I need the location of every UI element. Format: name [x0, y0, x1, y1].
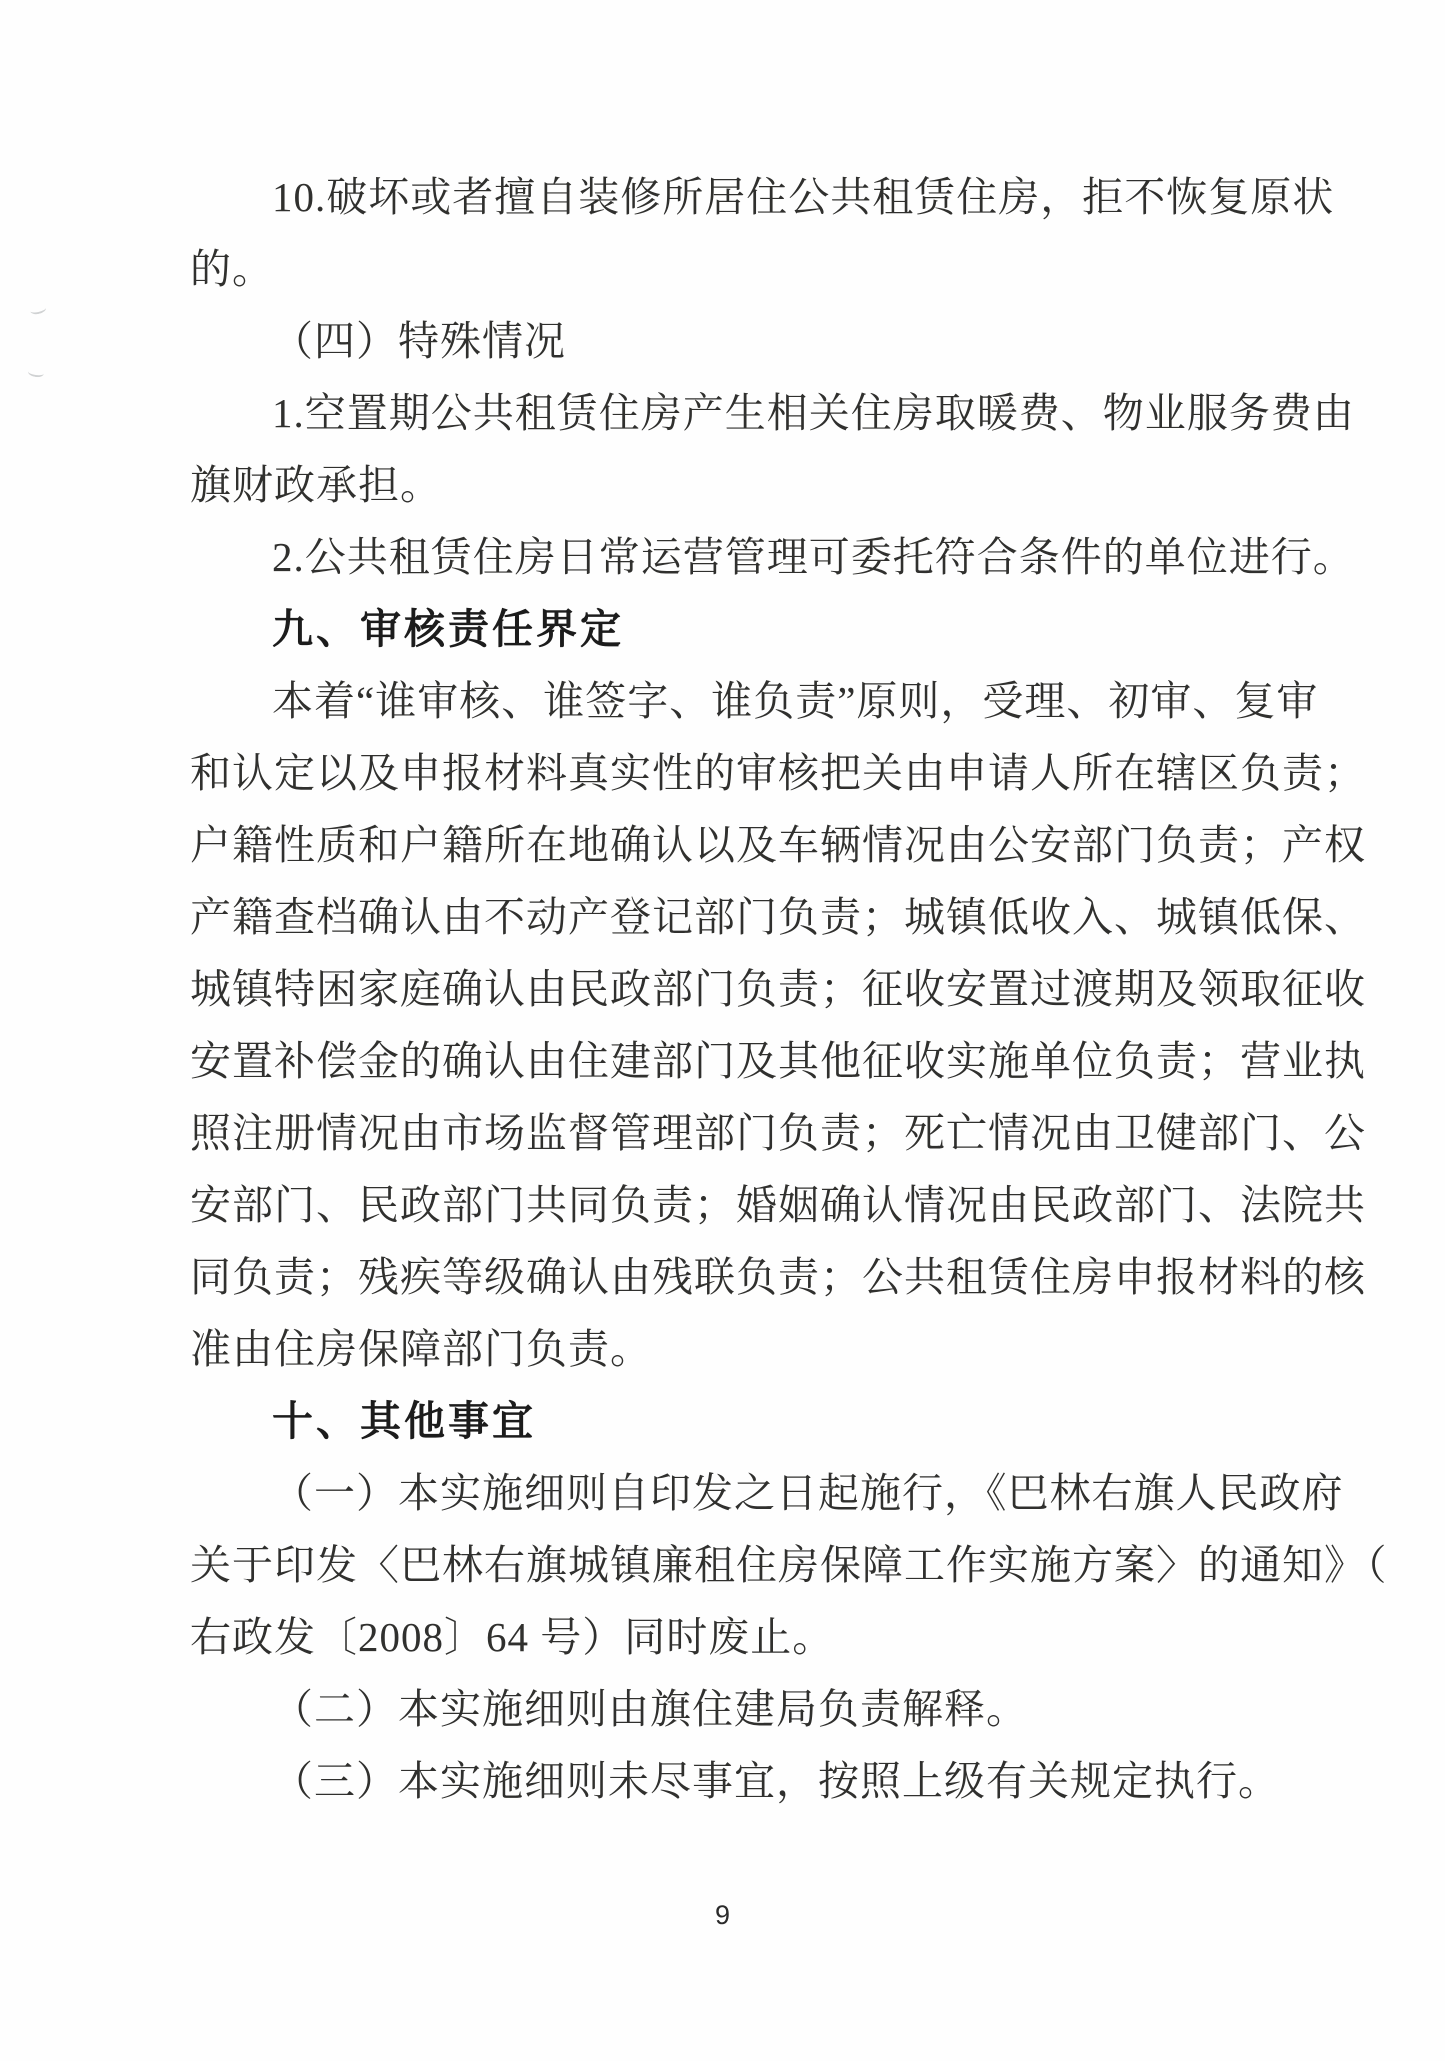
- text-line-16: 同负责；残疾等级确认由残联负责；公共租赁住房申报材料的核: [190, 1241, 1320, 1313]
- text-line-13: 安置补偿金的确认由住建部门及其他征收实施单位负责；营业执: [190, 1025, 1320, 1097]
- text-line-21: 右政发〔2008〕64 号）同时废止。: [190, 1601, 1320, 1673]
- text-line-22: （二）本实施细则由旗住建局负责解释。: [190, 1673, 1320, 1745]
- text-line-14: 照注册情况由市场监督管理部门负责；死亡情况由卫健部门、公: [190, 1097, 1320, 1169]
- text-line-12: 城镇特困家庭确认由民政部门负责；征收安置过渡期及领取征收: [190, 953, 1320, 1025]
- section-heading-10: 十、其他事宜: [190, 1385, 1320, 1457]
- text-line-9: 和认定以及申报材料真实性的审核把关由申请人所在辖区负责；: [190, 737, 1320, 809]
- page-number: 9: [0, 1900, 1445, 1931]
- text-line-1: 10.破坏或者擅自装修所居住公共租赁住房，拒不恢复原状: [190, 161, 1320, 233]
- text-line-15: 安部门、民政部门共同负责；婚姻确认情况由民政部门、法院共: [190, 1169, 1320, 1241]
- text-line-6: 2.公共租赁住房日常运营管理可委托符合条件的单位进行。: [190, 521, 1320, 593]
- section-heading-9: 九、审核责任界定: [190, 593, 1320, 665]
- text-line-5: 旗财政承担。: [190, 449, 1320, 521]
- text-line-2: 的。: [190, 233, 1320, 305]
- scan-artifact: [29, 303, 47, 315]
- text-line-23: （三）本实施细则未尽事宜，按照上级有关规定执行。: [190, 1745, 1320, 1817]
- text-line-10: 户籍性质和户籍所在地确认以及车辆情况由公安部门负责；产权: [190, 809, 1320, 881]
- document-page: 10.破坏或者擅自装修所居住公共租赁住房，拒不恢复原状 的。 （四）特殊情况 1…: [0, 0, 1445, 2061]
- text-line-8: 本着“谁审核、谁签字、谁负责”原则，受理、初审、复审: [190, 665, 1320, 737]
- scan-artifact: [27, 367, 44, 378]
- text-line-19: （一）本实施细则自印发之日起施行，《巴林右旗人民政府: [190, 1457, 1320, 1529]
- text-line-20: 关于印发〈巴林右旗城镇廉租住房保障工作实施方案〉的通知》（: [190, 1529, 1320, 1601]
- text-line-11: 产籍查档确认由不动产登记部门负责；城镇低收入、城镇低保、: [190, 881, 1320, 953]
- text-line-17: 准由住房保障部门负责。: [190, 1313, 1320, 1385]
- text-block: 10.破坏或者擅自装修所居住公共租赁住房，拒不恢复原状 的。 （四）特殊情况 1…: [190, 161, 1320, 1817]
- text-line-3: （四）特殊情况: [190, 305, 1320, 377]
- text-line-4: 1.空置期公共租赁住房产生相关住房取暖费、物业服务费由: [190, 377, 1320, 449]
